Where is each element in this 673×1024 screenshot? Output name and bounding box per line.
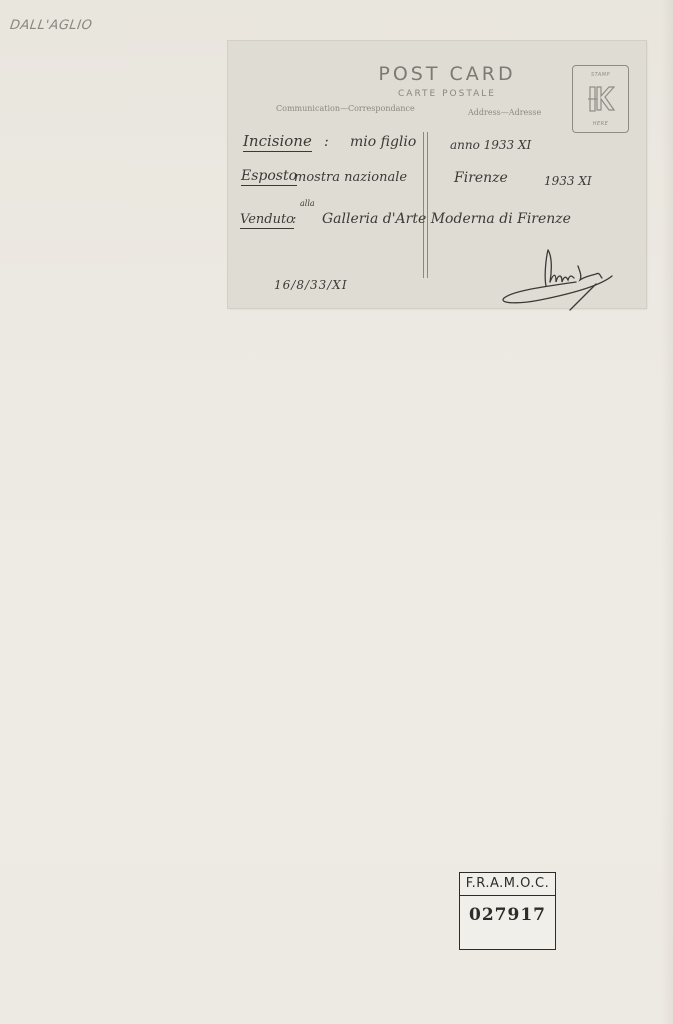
archive-stamp-number: 027917 [460,905,555,925]
handwritten-venduto-label: Venduto [240,212,294,229]
archive-stamp-organization: F.R.A.M.O.C. [460,873,555,896]
stamp-top-text: STAMP [573,72,628,78]
photo-edge-shadow [661,0,673,1024]
communication-label: Communication—Correspondance [276,104,415,113]
handwritten-incisione-year: anno 1933 XI [450,138,531,152]
handwritten-venduto-value: Galleria d'Arte Moderna di Firenze [322,211,571,227]
handwritten-separator: : [324,134,329,150]
handwritten-esposto-place: Firenze [454,170,508,186]
pencil-annotation: DALL'AGLIO [9,18,93,33]
archive-stamp: F.R.A.M.O.C. 027917 [459,872,556,950]
address-label: Address—Adresse [468,108,541,117]
ik-monogram-icon [587,83,615,115]
handwritten-signature-icon [500,246,620,312]
postcard: POST CARD CARTE POSTALE Communication—Co… [228,41,646,308]
handwritten-esposto-year: 1933 XI [544,174,592,188]
handwritten-esposto-label: Esposto [241,168,297,186]
handwritten-date: 16/8/33/XI [274,278,348,292]
handwritten-incisione-value: mio figlio [350,134,416,150]
postcard-divider-line [423,132,428,278]
handwritten-esposto-value: mostra nazionale [294,170,407,185]
handwritten-separator: : [292,212,296,227]
handwritten-incisione-label: Incisione [243,132,312,152]
stamp-bottom-text: HERE [573,121,628,127]
handwritten-alla-insert: alla [300,199,315,208]
stamp-placeholder-box: STAMP HERE [572,65,629,133]
